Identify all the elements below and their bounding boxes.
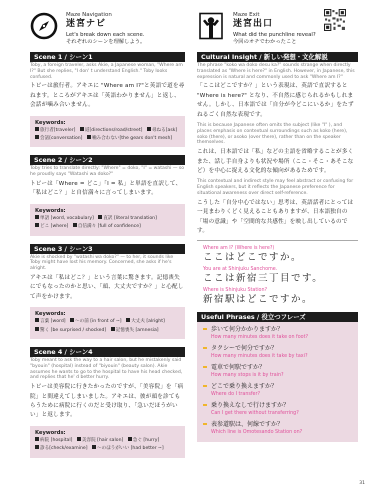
- phrase-item: 乗り換えなしで行けますか？ Can I get there without tr…: [197, 398, 358, 417]
- header-subtitle: Maze Exit: [233, 12, 316, 19]
- qr-code[interactable]: [324, 9, 346, 31]
- header-desc-jp: 今回のオチでわかったこと: [233, 39, 316, 46]
- keyword: 美容院 [hair salon]: [82, 438, 123, 443]
- header-desc-en: What did the punchline reveal?: [233, 32, 316, 39]
- header-subtitle: Maze Navigation: [66, 12, 145, 19]
- header-desc-jp: それぞれのシーンを理解しよう。: [66, 39, 145, 46]
- keyword: 驚く [be surprised / shocked]: [40, 328, 106, 333]
- phrase-en: Which line is Omotesando Station on?: [203, 429, 358, 436]
- keywords-title: Keywords:: [35, 430, 180, 437]
- scene-jp-text: アキエは「私はどこ？」という言葉に驚きます。記憶喪失にでもなったのかと思い、「頭…: [30, 274, 185, 302]
- keyword: 尋ねる[ask]: [152, 128, 177, 133]
- page-number: 31: [359, 481, 365, 486]
- bullet-icon: [203, 404, 207, 407]
- phrase-en: How many minutes does it take on foot?: [203, 334, 358, 341]
- keyword: 診る[check/examine]: [40, 446, 88, 451]
- keyword: 言葉 [word]: [40, 319, 66, 324]
- phrase-item: どこで乗り換えますか？ Where do I transfer?: [197, 379, 358, 398]
- scene-4: Scene 4 / シーン4 Toby meant to ask the way…: [30, 347, 185, 458]
- keywords-box: Keywords: 病院 [hospital] 美容院 [hair salon]…: [30, 426, 185, 458]
- phrase-jp: 乗り換えなしで行けますか？: [211, 402, 289, 409]
- left-column: Maze Navigation 迷宮ナビ Let's break down ea…: [30, 0, 185, 458]
- keywords-box: Keywords: 言葉 [word] 〜の前 [in front of ~] …: [30, 307, 185, 339]
- scene-en-text: Toby, a foreign traveler, asks Akie, a J…: [30, 63, 185, 80]
- keyword: 噛み合わない[the gears don't mesh]: [92, 136, 172, 141]
- cultural-en-p3: This contextual and indirect style may f…: [197, 179, 358, 196]
- scene-jp-text: トビーは旅行者。アキエに "Where am I?"と英語で道を尋ねます。ところ…: [30, 82, 185, 110]
- phrase-item: 歩いて何分かかりますか？ How many minutes does it ta…: [197, 322, 358, 341]
- maze-navigation-header: Maze Navigation 迷宮ナビ Let's break down ea…: [30, 0, 185, 52]
- scene-en-text: Toby meant to ask the way to a hair salo…: [30, 358, 185, 381]
- scene-title: Scene 3 / シーン3: [30, 244, 185, 254]
- cultural-jp-p1: 「ここはどこですか？」という表現は、英語で直訳すると "Where is her…: [197, 82, 358, 120]
- keywords-title: Keywords:: [35, 120, 180, 127]
- keywords-title: Keywords:: [35, 208, 180, 215]
- keyword: 〜のほうがいい [had better ~]: [97, 446, 164, 451]
- bullet-icon: [203, 385, 207, 388]
- phrase-jp: 歩いて何分かかりますか？: [211, 326, 283, 333]
- right-column: Maze Exit 迷宮出口 What did the punchline re…: [197, 0, 358, 442]
- conversation-jp: ここはどこですか。: [203, 252, 358, 264]
- bullet-icon: [203, 347, 207, 350]
- phrase-jp: 表参道駅は、何線ですか？: [211, 421, 283, 428]
- useful-phrases-title: Useful Phrases / 役立つフレーズ: [197, 312, 358, 322]
- conversation-examples: Where am I? (Where is here?) ここはどこですか。 Y…: [197, 245, 358, 306]
- keyword: 会話[conversation]: [40, 136, 82, 141]
- conversation-jp: ここは新宿三丁目です。: [203, 273, 358, 285]
- phrase-jp: タクシーで何分ですか？: [211, 345, 277, 352]
- cultural-insight-title: Cultural Insight / 新しい発想・文化解説: [197, 52, 358, 62]
- keyword: 〜の前 [in front of ~]: [75, 319, 122, 324]
- scene-title: Scene 1 / シーン1: [30, 52, 185, 62]
- scene-1: Scene 1 / シーン1 Toby, a foreign traveler,…: [30, 52, 185, 147]
- header-desc-en: Let's break down each scene.: [66, 32, 145, 39]
- scene-title: Scene 4 / シーン4: [30, 347, 185, 357]
- keyword: 大丈夫 [alright]: [131, 319, 165, 324]
- bullet-icon: [203, 366, 207, 369]
- exit-person-icon: [197, 12, 225, 40]
- useful-phrases-section: Useful Phrases / 役立つフレーズ 歩いて何分かかりますか？ Ho…: [197, 312, 358, 442]
- phrase-jp: どこで乗り換えますか？: [211, 383, 277, 390]
- scene-jp-text: トビーは「Where = どこ」「I = 私」と単語を直訳して、「私はどこ？」と…: [30, 180, 185, 199]
- conversation-jp: 新宿駅はどこですか。: [203, 294, 358, 306]
- phrase-en: Where do I transfer?: [203, 391, 358, 398]
- keyword: どこ [where]: [40, 224, 68, 229]
- header-title: 迷宮出口: [233, 19, 316, 29]
- keywords-box: Keywords: 旅行者[traveler] 道[directions/roa…: [30, 116, 185, 148]
- keyword: 自信満々 [full of confidence]: [78, 224, 141, 229]
- phrase-en: Can I get there without transferring?: [203, 410, 358, 417]
- phrase-jp: 電車で何駅ですか？: [211, 364, 265, 371]
- divider: [197, 240, 358, 241]
- bullet-icon: [203, 328, 207, 331]
- cultural-jp-p2: これは、日本語では「私」などの主語を省略することが多くまた、話し手自身よりも状況…: [197, 148, 358, 176]
- compass-icon: [30, 12, 58, 40]
- keyword: 直訳 [literal translation]: [103, 216, 157, 221]
- scene-3: Scene 3 / シーン3 Akie is shocked by "watas…: [30, 244, 185, 339]
- keyword: 旅行者[traveler]: [40, 128, 75, 133]
- keywords-title: Keywords:: [35, 311, 180, 318]
- cultural-en-p2: This is because Japanese often omits the…: [197, 123, 358, 146]
- keyword: 道[directions/road/street]: [85, 128, 143, 133]
- keyword: 病院 [hospital]: [40, 438, 72, 443]
- scene-en-text: Toby tries to translate directly: "Where…: [30, 166, 185, 178]
- scene-title: Scene 2 / シーン2: [30, 155, 185, 165]
- keywords-box: Keywords: 単語 [word, vocabulary] 直訳 [lite…: [30, 204, 185, 236]
- scene-en-text: Akie is shocked by "watashi wa doko?" — …: [30, 255, 185, 272]
- keyword: 単語 [word, vocabulary]: [40, 216, 94, 221]
- phrase-en: How many minutes does it take by taxi?: [203, 353, 358, 360]
- phrase-en: How many stops is it by train?: [203, 372, 358, 379]
- cultural-en-p1: The phrase "koko wa doko desu ka?" sound…: [197, 63, 358, 80]
- keyword: 記憶喪失 [amnesia]: [116, 328, 159, 333]
- phrase-item: 電車で何駅ですか？ How many stops is it by train?: [197, 360, 358, 379]
- conversation-en: Where am I? (Where is here?): [203, 245, 358, 252]
- scene-jp-text: トビーは美容院に行きたかったのですが、「美容院」を「病院」と間違えてしまいました…: [30, 383, 185, 421]
- bullet-icon: [203, 423, 207, 426]
- phrase-item: タクシーで何分ですか？ How many minutes does it tak…: [197, 341, 358, 360]
- cultural-insight-section: Cultural Insight / 新しい発想・文化解説 The phrase…: [197, 52, 358, 236]
- cultural-jp-p3: こうした「自分中心ではない」思考は、英語話者にとっては一見まわりくどく見えること…: [197, 199, 358, 237]
- scene-2: Scene 2 / シーン2 Toby tries to translate d…: [30, 155, 185, 235]
- keyword: 急ぐ [hurry]: [133, 438, 159, 443]
- maze-exit-header: Maze Exit 迷宮出口 What did the punchline re…: [197, 0, 358, 52]
- phrase-item: 表参道駅は、何線ですか？ Which line is Omotesando St…: [197, 417, 358, 436]
- header-title: 迷宮ナビ: [66, 19, 145, 29]
